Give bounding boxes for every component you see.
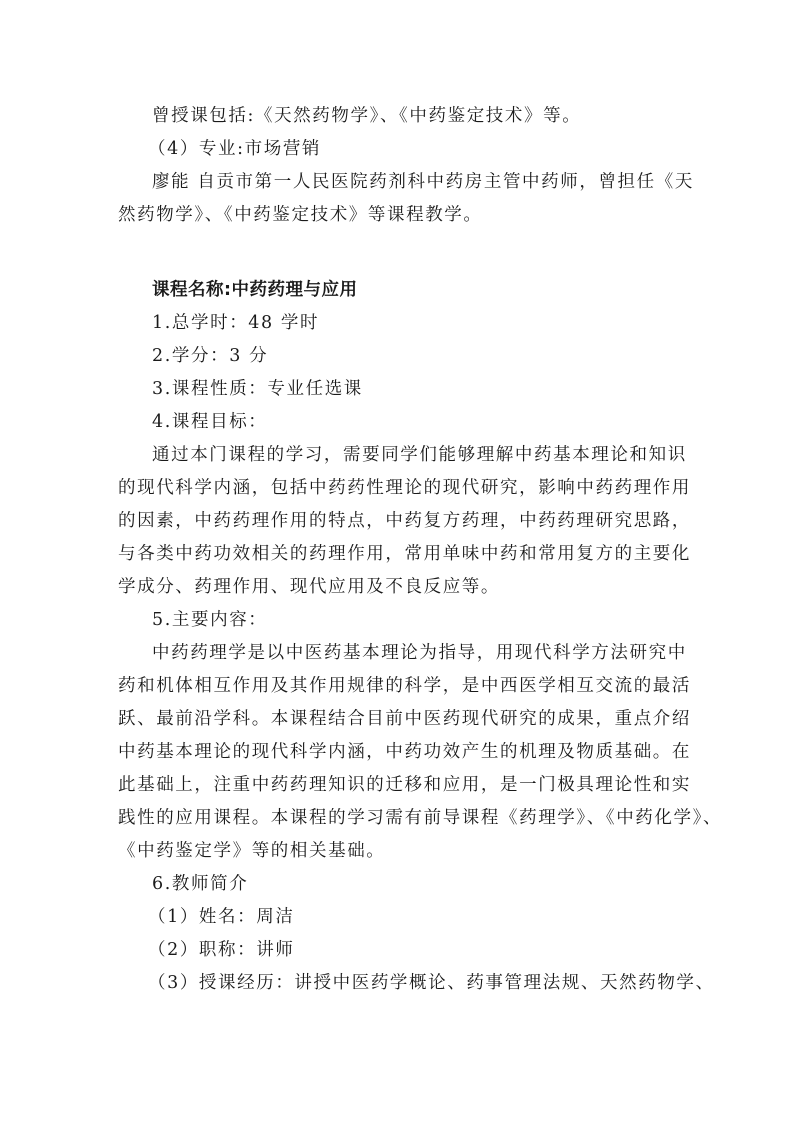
content-line: 中药药理学是以中医药基本理论为指导，用现代科学方法研究中	[118, 637, 674, 670]
content-line: 《中药鉴定学》等的相关基础。	[118, 835, 674, 868]
major-line: （4）专业:市场营销	[118, 133, 674, 166]
objectives-line: 通过本门课程的学习，需要同学们能够理解中药基本理论和知识	[118, 439, 674, 472]
objectives-heading: 4.课程目标：	[118, 406, 674, 439]
teacher-desc-line: 然药物学》、《中药鉴定技术》等课程教学。	[118, 199, 674, 232]
taught-courses-line: 曾授课包括:《天然药物学》、《中药鉴定技术》等。	[118, 100, 674, 133]
content-line: 跃、最前沿学科。本课程结合目前中医药现代研究的成果，重点介绍	[118, 703, 674, 736]
section-spacer	[118, 232, 674, 274]
teacher-experience: （3）授课经历：讲授中医药学概论、药事管理法规、天然药物学、	[118, 967, 674, 1000]
total-hours: 1.总学时：48 学时	[118, 307, 674, 340]
content-line: 践性的应用课程。本课程的学习需有前导课程《药理学》、《中药化学》、	[118, 802, 674, 835]
course-title: 课程名称:中药药理与应用	[118, 274, 674, 307]
objectives-line: 的现代科学内涵，包括中药药性理论的现代研究，影响中药药理作用	[118, 472, 674, 505]
document-page: 曾授课包括:《天然药物学》、《中药鉴定技术》等。 （4）专业:市场营销 廖能 自…	[118, 100, 674, 1000]
teacher-name: （1）姓名：周洁	[118, 901, 674, 934]
course-nature: 3.课程性质：专业任选课	[118, 373, 674, 406]
content-heading: 5.主要内容：	[118, 604, 674, 637]
teacher-title: （2）职称：讲师	[118, 934, 674, 967]
teacher-heading: 6.教师简介	[118, 868, 674, 901]
content-line: 中药基本理论的现代科学内涵，中药功效产生的机理及物质基础。在	[118, 736, 674, 769]
content-line: 此基础上，注重中药药理知识的迁移和应用，是一门极具理论性和实	[118, 769, 674, 802]
objectives-line: 的因素，中药药理作用的特点，中药复方药理，中药药理研究思路，	[118, 505, 674, 538]
credits: 2.学分：3 分	[118, 340, 674, 373]
teacher-desc-line: 廖能 自贡市第一人民医院药剂科中药房主管中药师，曾担任《天	[118, 166, 674, 199]
content-line: 药和机体相互作用及其作用规律的科学，是中西医学相互交流的最活	[118, 670, 674, 703]
objectives-line: 学成分、药理作用、现代应用及不良反应等。	[118, 571, 674, 604]
objectives-line: 与各类中药功效相关的药理作用，常用单味中药和常用复方的主要化	[118, 538, 674, 571]
